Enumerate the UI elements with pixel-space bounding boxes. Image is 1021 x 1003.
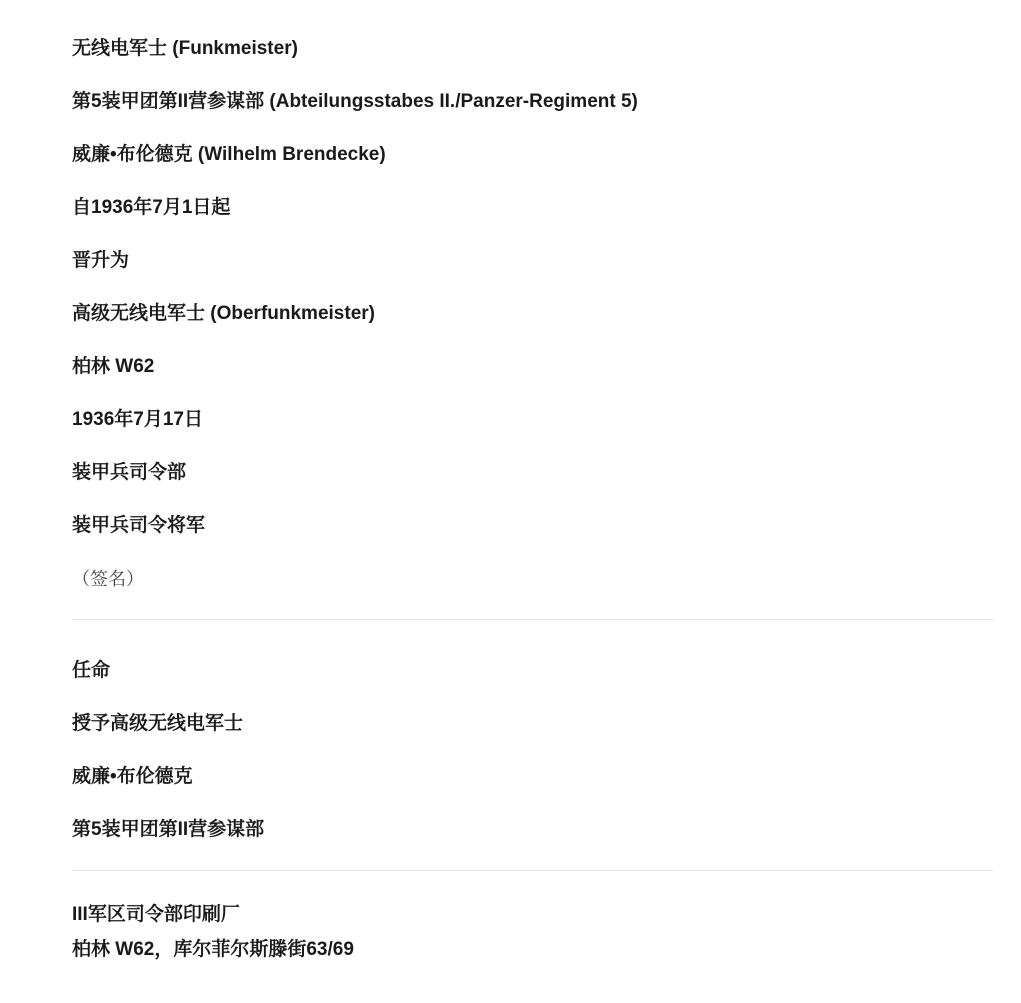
authority-line: 装甲兵司令部 bbox=[72, 460, 993, 486]
rank-line: 无线电军士 (Funkmeister) bbox=[72, 36, 993, 62]
effective-date-line: 自1936年7月1日起 bbox=[72, 195, 993, 221]
signature-note: （签名） bbox=[72, 566, 993, 592]
new-rank-line: 高级无线电军士 (Oberfunkmeister) bbox=[72, 301, 993, 327]
appointment-rank-line: 授予高级无线电军士 bbox=[72, 711, 993, 737]
appointment-heading: 任命 bbox=[72, 658, 993, 684]
section-divider bbox=[72, 619, 993, 620]
issue-date-line: 1936年7月17日 bbox=[72, 407, 993, 433]
printer-name-line: III军区司令部印刷厂 bbox=[72, 897, 993, 932]
appointment-section: 任命 授予高级无线电军士 威廉•布伦德克 第5装甲团第II营参谋部 bbox=[72, 658, 993, 843]
unit-line: 第5装甲团第II营参谋部 (Abteilungsstabes II./Panze… bbox=[72, 89, 993, 115]
certificate-section: 无线电军士 (Funkmeister) 第5装甲团第II营参谋部 (Abteil… bbox=[72, 36, 993, 592]
footer-divider bbox=[72, 870, 993, 871]
document-body: 无线电军士 (Funkmeister) 第5装甲团第II营参谋部 (Abteil… bbox=[0, 0, 1021, 967]
appointment-unit-line: 第5装甲团第II营参谋部 bbox=[72, 817, 993, 843]
signatory-title-line: 装甲兵司令将军 bbox=[72, 513, 993, 539]
appointment-name-line: 威廉•布伦德克 bbox=[72, 764, 993, 790]
city-line: 柏林 W62 bbox=[72, 354, 993, 380]
promotion-verb-line: 晋升为 bbox=[72, 248, 993, 274]
printer-address-line: 柏林 W62，库尔菲尔斯滕街63/69 bbox=[72, 932, 993, 967]
name-line: 威廉•布伦德克 (Wilhelm Brendecke) bbox=[72, 142, 993, 168]
printer-footer: III军区司令部印刷厂 柏林 W62，库尔菲尔斯滕街63/69 bbox=[72, 897, 993, 967]
